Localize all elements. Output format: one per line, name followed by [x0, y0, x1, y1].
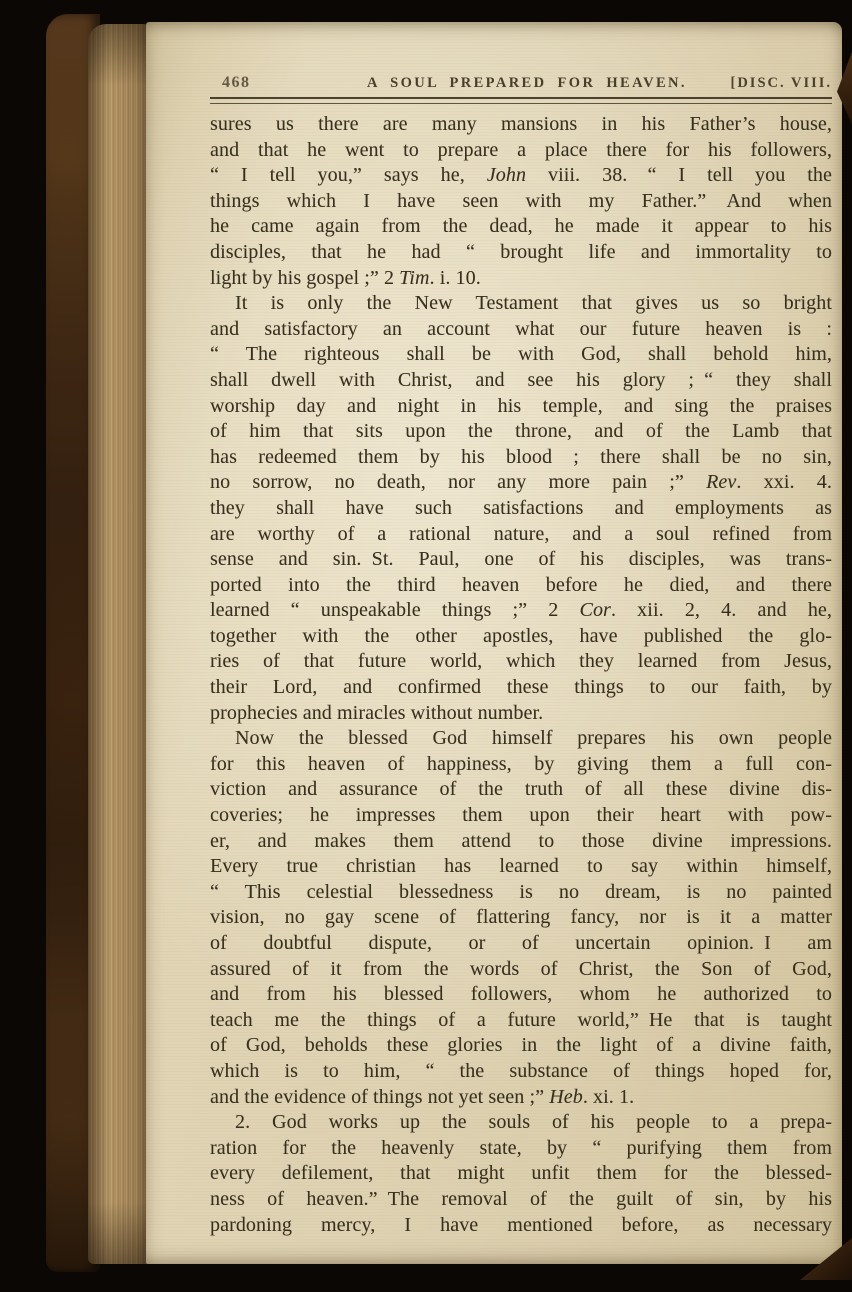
text-line: ported into the third heaven before he d… — [210, 573, 832, 599]
paragraph: It is only the New Testament that gives … — [210, 291, 832, 726]
text-line: It is only the New Testament that gives … — [210, 291, 832, 317]
text-line: they shall have such satisfactions and e… — [210, 496, 832, 522]
book-photo: 468 A SOUL PREPARED FOR HEAVEN. [DISC. V… — [0, 0, 852, 1292]
page-header: 468 A SOUL PREPARED FOR HEAVEN. [DISC. V… — [210, 74, 832, 92]
text-line: prophecies and miracles without number. — [210, 701, 832, 727]
paragraph: sures us there are many mansions in his … — [210, 112, 832, 291]
text-line: viction and assurance of the truth of al… — [210, 777, 832, 803]
text-line: pardoning mercy, I have mentioned before… — [210, 1213, 832, 1239]
text-line: for this heaven of happiness, by giving … — [210, 752, 832, 778]
text-line: things which I have seen with my Father.… — [210, 189, 832, 215]
page-edge-stack — [88, 24, 148, 1264]
text-line: and the evidence of things not yet seen … — [210, 1085, 832, 1111]
text-line: and satisfactory an account what our fut… — [210, 317, 832, 343]
page-number: 468 — [210, 74, 352, 92]
text-line: which is to him, “ the substance of thin… — [210, 1059, 832, 1085]
text-line: every defilement, that might unfit them … — [210, 1161, 832, 1187]
text-line: sense and sin. St. Paul, one of his disc… — [210, 547, 832, 573]
text-line: worship day and night in his temple, and… — [210, 394, 832, 420]
text-line: “ I tell you,” says he, John viii. 38. “… — [210, 163, 832, 189]
text-line: disciples, that he had “ brought life an… — [210, 240, 832, 266]
text-line: ries of that future world, which they le… — [210, 649, 832, 675]
text-line: 2. God works up the souls of his people … — [210, 1110, 832, 1136]
text-line: ration for the heavenly state, by “ puri… — [210, 1136, 832, 1162]
text-line: and from his blessed followers, whom he … — [210, 982, 832, 1008]
text-line: no sorrow, no death, nor any more pain ;… — [210, 470, 832, 496]
text-block: sures us there are many mansions in his … — [210, 112, 832, 1238]
text-line: Every true christian has learned to say … — [210, 854, 832, 880]
header-rule — [210, 97, 832, 104]
text-line: assured of it from the words of Christ, … — [210, 957, 832, 983]
text-line: er, and makes them attend to those divin… — [210, 829, 832, 855]
text-line: he came again from the dead, he made it … — [210, 214, 832, 240]
text-line: ness of heaven.” The removal of the guil… — [210, 1187, 832, 1213]
text-line: “ This celestial blessedness is no dream… — [210, 880, 832, 906]
paragraph: 2. God works up the souls of his people … — [210, 1110, 832, 1238]
text-line: coveries; he impresses them upon their h… — [210, 803, 832, 829]
text-line: has redeemed them by his blood ; there s… — [210, 445, 832, 471]
book-page: 468 A SOUL PREPARED FOR HEAVEN. [DISC. V… — [146, 22, 842, 1264]
text-line: learned “ unspeakable things ;” 2 Cor. x… — [210, 598, 832, 624]
running-title: A SOUL PREPARED FOR HEAVEN. — [352, 75, 702, 92]
text-line: shall dwell with Christ, and see his glo… — [210, 368, 832, 394]
text-line: of him that sits upon the throne, and of… — [210, 419, 832, 445]
text-line: “ The righteous shall be with God, shall… — [210, 342, 832, 368]
text-line: of doubtful dispute, or of uncertain opi… — [210, 931, 832, 957]
discourse-label: [DISC. VIII. — [702, 75, 832, 92]
paragraph: Now the blessed God himself prepares his… — [210, 726, 832, 1110]
text-line: are worthy of a rational nature, and a s… — [210, 522, 832, 548]
text-line: together with the other apostles, have p… — [210, 624, 832, 650]
text-line: teach me the things of a future world,” … — [210, 1008, 832, 1034]
text-line: light by his gospel ;” 2 Tim. i. 10. — [210, 266, 832, 292]
text-line: Now the blessed God himself prepares his… — [210, 726, 832, 752]
text-line: of God, beholds these glories in the lig… — [210, 1033, 832, 1059]
text-line: and that he went to prepare a place ther… — [210, 138, 832, 164]
text-line: their Lord, and confirmed these things t… — [210, 675, 832, 701]
text-line: vision, no gay scene of flattering fancy… — [210, 905, 832, 931]
text-line: sures us there are many mansions in his … — [210, 112, 832, 138]
